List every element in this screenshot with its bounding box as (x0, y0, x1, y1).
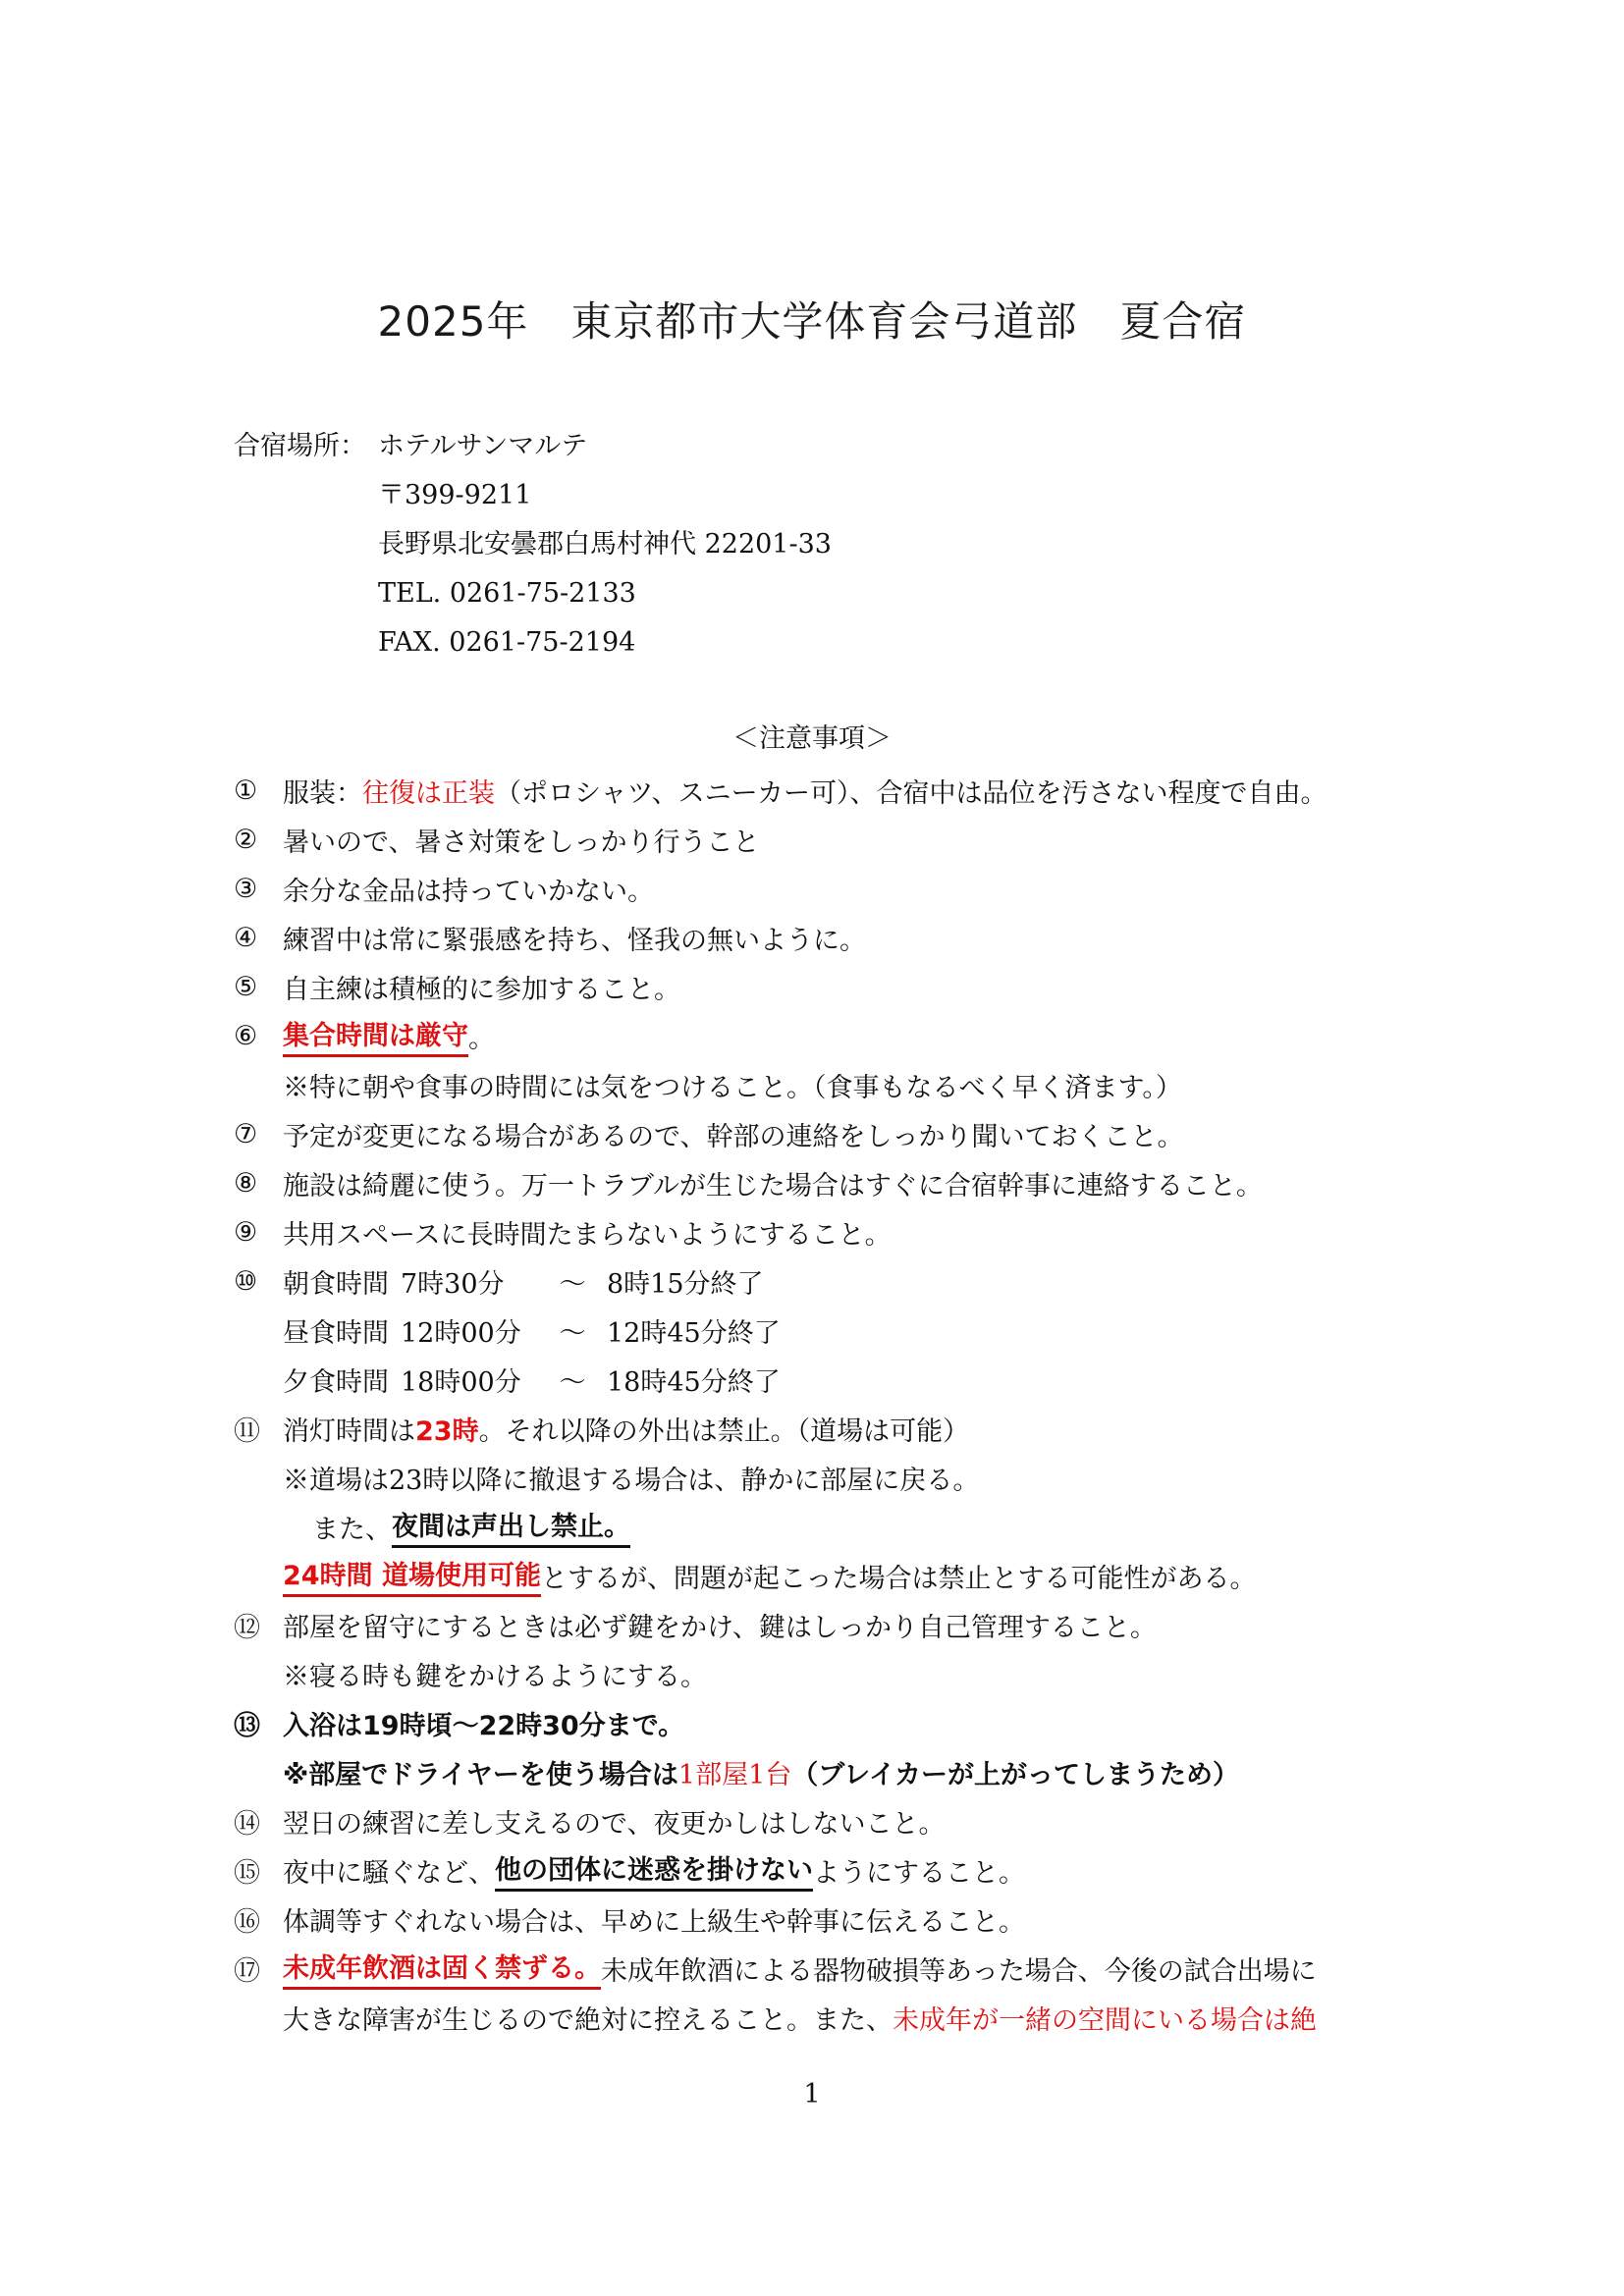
meal-label: 夕食時間 (283, 1361, 401, 1399)
list-item: ⑯体調等すぐれない場合は、早めに上級生や幹事に伝えること。 (234, 1895, 1422, 1944)
item-number: ⑥ (234, 1021, 283, 1051)
meal-end: 8時15分終了 (607, 1262, 764, 1301)
venue-postal: 〒399-9211 (378, 471, 531, 520)
item-text: （ポロシャツ、スニーカー可）、合宿中は品位を汚さない程度で自由。 (495, 772, 1327, 810)
item-number: ⑨ (234, 1217, 283, 1248)
item-text: 大きな障害が生じるので絶対に控えること。また、 (283, 1999, 893, 2037)
list-item: ③余分な金品は持っていかない。 (234, 864, 1422, 913)
item-number: ④ (234, 923, 283, 953)
venue-tel: TEL. 0261-75-2133 (378, 569, 636, 618)
list-item: ⑭翌日の練習に差し支えるので、夜更かしはしないこと。 (234, 1796, 1422, 1845)
list-item: ⑤自主練は積極的に参加すること。 (234, 962, 1422, 1011)
item-text: 。 (468, 1017, 495, 1055)
item-text: 服装： (283, 772, 362, 810)
meal-end: 18時45分終了 (607, 1361, 781, 1399)
item-text: 余分な金品は持っていかない。 (283, 870, 654, 908)
item-number: ⑤ (234, 972, 283, 1002)
item-number: ⑯ (234, 1900, 283, 1939)
venue-fax: FAX. 0261-75-2194 (378, 618, 635, 667)
list-item: ⑮ 夜中に騒ぐなど、他の団体に迷惑を掛けないようにすること。 (234, 1845, 1422, 1895)
list-item: ⑥ 集合時間は厳守。 (234, 1011, 1422, 1060)
list-item: ⑬入浴は19時頃～22時30分まで。 (234, 1698, 1422, 1747)
venue-label: 合宿場所： (234, 422, 378, 471)
meal-start: 7時30分 (401, 1262, 538, 1301)
meal-start: 12時00分 (401, 1311, 538, 1350)
item-note: 24時間 道場使用可能とするが、問題が起こった場合は禁止とする可能性がある。 (234, 1551, 1422, 1600)
meal-end: 12時45分終了 (607, 1311, 781, 1350)
item-text: 翌日の練習に差し支えるので、夜更かしはしないこと。 (283, 1802, 945, 1841)
item-text: ようにすること。 (813, 1851, 1025, 1890)
tilde: ～ (538, 1262, 607, 1301)
item-text: 施設は綺麗に使う。万一トラブルが生じた場合はすぐに合宿幹事に連絡すること。 (283, 1164, 1263, 1202)
meal-row: 昼食時間 12時00分 ～ 12時45分終了 (234, 1306, 1422, 1355)
item-number: ⑪ (234, 1410, 283, 1448)
item-text: 部屋を留守にするときは必ず鍵をかけ、鍵はしっかり自己管理すること。 (283, 1606, 1157, 1644)
list-item: ②暑いので、暑さ対策をしっかり行うこと (234, 815, 1422, 864)
item-note: ※部屋でドライヤーを使う場合は1部屋1台（ブレイカーが上がってしまうため） (234, 1747, 1422, 1796)
item-text: 予定が変更になる場合があるので、幹部の連絡をしっかり聞いておくこと。 (283, 1115, 1183, 1153)
item-note: ※道場は23時以降に撤退する場合は、静かに部屋に戻る。 (234, 1453, 1422, 1502)
item-highlight: 集合時間は厳守 (283, 1014, 468, 1057)
tilde: ～ (538, 1311, 607, 1350)
item-number: ② (234, 825, 283, 855)
item-text: 入浴は19時頃～22時30分まで。 (283, 1704, 684, 1742)
item-text: また、 (312, 1508, 392, 1546)
item-number: ⑬ (234, 1704, 283, 1742)
item-number: ⑩ (234, 1266, 283, 1297)
meal-label: 昼食時間 (283, 1311, 401, 1350)
item-number: ⑫ (234, 1606, 283, 1644)
item-text: 体調等すぐれない場合は、早めに上級生や幹事に伝えること。 (283, 1900, 1025, 1939)
list-item: ⑦予定が変更になる場合があるので、幹部の連絡をしっかり聞いておくこと。 (234, 1109, 1422, 1158)
item-text: 練習中は常に緊張感を持ち、怪我の無いように。 (283, 919, 866, 957)
item-number: ① (234, 775, 283, 806)
item-text: 自主練は積極的に参加すること。 (283, 968, 680, 1006)
venue-name: ホテルサンマルテ (378, 422, 587, 471)
document-title: 2025年 東京都市大学体育会弓道部 夏合宿 (0, 290, 1624, 348)
item-highlight: 23時 (415, 1410, 479, 1448)
item-highlight: 1部屋1台 (678, 1753, 791, 1791)
item-note: ※寝る時も鍵をかけるようにする。 (234, 1649, 1422, 1698)
item-text: ※部屋でドライヤーを使う場合は (283, 1753, 678, 1791)
item-highlight: 未成年飲酒は固く禁ずる。 (283, 1947, 601, 1990)
item-number: ⑧ (234, 1168, 283, 1199)
notice-heading: ＜注意事項＞ (0, 717, 1624, 755)
item-highlight: 未成年が一緒の空間にいる場合は絶 (893, 1999, 1317, 2037)
item-number: ③ (234, 874, 283, 904)
item-text: 消灯時間は (283, 1410, 415, 1448)
list-item: ④練習中は常に緊張感を持ち、怪我の無いように。 (234, 913, 1422, 962)
item-note: 大きな障害が生じるので絶対に控えること。また、未成年が一緒の空間にいる場合は絶 (234, 1993, 1422, 2042)
item-number: ⑮ (234, 1851, 283, 1890)
item-number: ⑰ (234, 1949, 283, 1988)
list-item: ⑰ 未成年飲酒は固く禁ずる。未成年飲酒による器物破損等あった場合、今後の試合出場… (234, 1944, 1422, 1993)
item-number: ⑦ (234, 1119, 283, 1149)
page-number: 1 (0, 2079, 1624, 2109)
list-item: ⑫部屋を留守にするときは必ず鍵をかけ、鍵はしっかり自己管理すること。 (234, 1600, 1422, 1649)
item-note: また、夜間は声出し禁止。 (234, 1502, 1422, 1551)
list-item: ⑪ 消灯時間は23時。それ以降の外出は禁止。（道場は可能） (234, 1404, 1422, 1453)
item-highlight: 往復は正装 (362, 772, 495, 810)
item-highlight: 24時間 道場使用可能 (283, 1554, 541, 1597)
item-emphasis: 他の団体に迷惑を掛けない (495, 1848, 813, 1892)
meal-row: ⑩ 朝食時間 7時30分 ～ 8時15分終了 (234, 1256, 1422, 1306)
item-emphasis: 夜間は声出し禁止。 (392, 1505, 630, 1548)
item-text: 共用スペースに長時間たまらないようにすること。 (283, 1213, 892, 1252)
item-text: とするが、問題が起こった場合は禁止とする可能性がある。 (541, 1557, 1256, 1595)
item-text: 夜中に騒ぐなど、 (283, 1851, 495, 1890)
item-text: 。それ以降の外出は禁止。（道場は可能） (479, 1410, 970, 1448)
item-text: 暑いので、暑さ対策をしっかり行うこと (283, 821, 759, 859)
list-item: ⑨共用スペースに長時間たまらないようにすること。 (234, 1207, 1422, 1256)
item-note: ※特に朝や食事の時間には気をつけること。（食事もなるべく早く済ます。） (234, 1060, 1422, 1109)
notice-list: ① 服装：往復は正装（ポロシャツ、スニーカー可）、合宿中は品位を汚さない程度で自… (234, 766, 1422, 2042)
meal-start: 18時00分 (401, 1361, 538, 1399)
item-number: ⑭ (234, 1802, 283, 1841)
venue-info: 合宿場所： ホテルサンマルテ 〒399-9211 長野県北安曇郡白馬村神代 22… (234, 422, 832, 667)
item-text: 未成年飲酒による器物破損等あった場合、今後の試合出場に (601, 1949, 1317, 1988)
tilde: ～ (538, 1361, 607, 1399)
meal-label: 朝食時間 (283, 1262, 401, 1301)
list-item: ① 服装：往復は正装（ポロシャツ、スニーカー可）、合宿中は品位を汚さない程度で自… (234, 766, 1422, 815)
meal-row: 夕食時間 18時00分 ～ 18時45分終了 (234, 1355, 1422, 1404)
venue-address: 長野県北安曇郡白馬村神代 22201-33 (378, 520, 832, 569)
list-item: ⑧施設は綺麗に使う。万一トラブルが生じた場合はすぐに合宿幹事に連絡すること。 (234, 1158, 1422, 1207)
item-text: （ブレイカーが上がってしまうため） (791, 1753, 1239, 1791)
